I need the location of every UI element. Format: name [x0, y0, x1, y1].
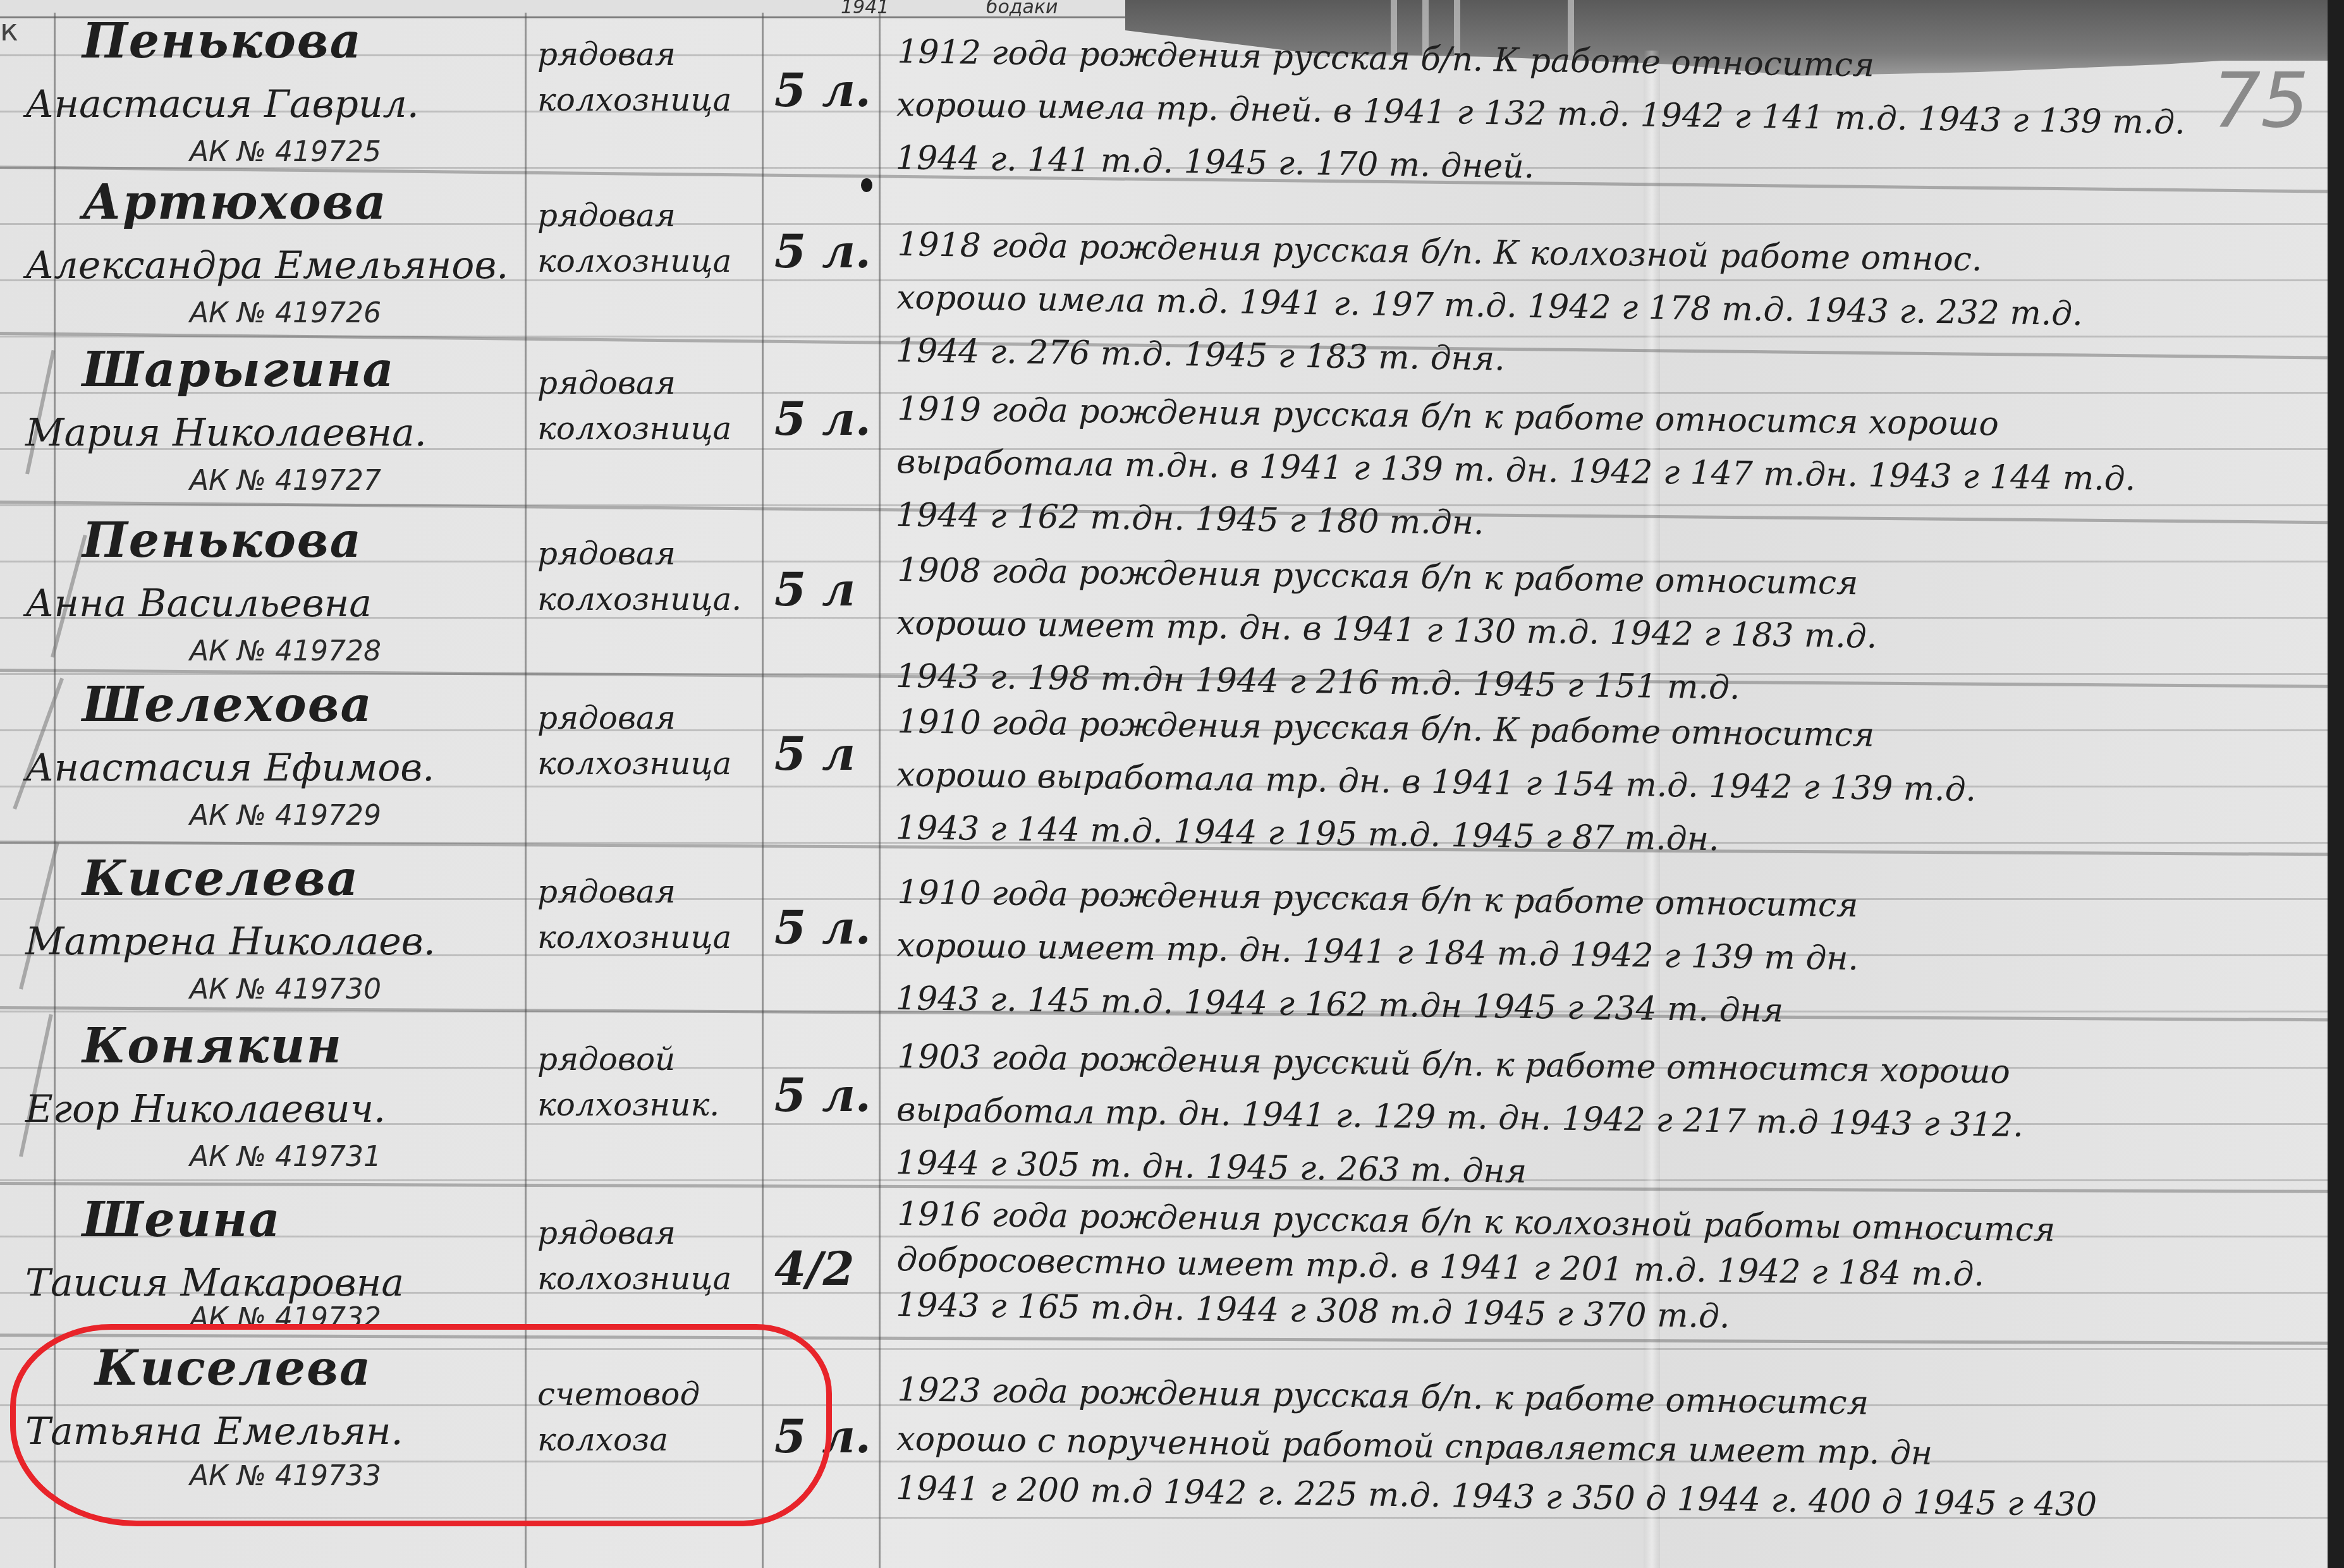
education-grade: 5 л.: [774, 224, 871, 278]
position-line: колхозница: [537, 1256, 752, 1301]
ledger-entry: Шеина Таисия Макаровна АК № 419732 рядов…: [0, 1185, 2328, 1334]
position-line: рядовая: [537, 32, 752, 77]
position-line: рядовая: [537, 531, 752, 576]
surname: Киселева: [82, 850, 359, 906]
position: рядовая колхозница.: [537, 531, 752, 622]
position-line: рядовая: [537, 869, 752, 915]
position-line: колхозница: [537, 915, 752, 960]
ledger-page: 1941 бодаки 75 к Пенькова Анастасия Гавр…: [0, 0, 2344, 1568]
education-grade: 4/2: [774, 1242, 855, 1296]
position-line: колхозница: [537, 406, 752, 451]
position-line: рядовая: [537, 360, 752, 406]
position-line: колхозница: [537, 77, 752, 123]
given-names: Мария Николаевна.: [25, 411, 427, 455]
ledger-entry: Артюхова Александра Емельянов. АК № 4197…: [0, 167, 2328, 332]
id-number: АК № 419727: [190, 465, 381, 497]
education-grade: 5 л.: [774, 1068, 871, 1122]
position: рядовая колхозница: [537, 32, 752, 123]
given-names: Александра Емельянов.: [25, 243, 508, 288]
ledger-entry: Киселева Матрена Николаев. АК № 419730 р…: [0, 844, 2328, 1005]
characteristic: 1903 года рождения русский б/п. к работе…: [895, 1030, 2319, 1209]
page-right-edge: [2328, 0, 2344, 1568]
position-line: рядовой: [537, 1036, 752, 1082]
position-line: колхозник.: [537, 1082, 752, 1127]
education-grade: 5 л: [774, 562, 855, 616]
surname: Шелехова: [82, 676, 373, 732]
given-names: Анастасия Ефимов.: [25, 746, 434, 790]
position: рядовой колхозник.: [537, 1036, 752, 1127]
ledger-entry: Шарыгина Мария Николаевна. АК № 419727 р…: [0, 335, 2328, 499]
id-number: АК № 419729: [190, 799, 381, 832]
id-number: АК № 419728: [190, 635, 381, 667]
given-names: Анна Васильевна: [25, 581, 372, 626]
ledger-entry: Шелехова Анастасия Ефимов. АК № 419729 р…: [0, 670, 2328, 837]
education-grade: 5 л.: [774, 392, 871, 446]
surname: Конякин: [82, 1018, 343, 1074]
check-mark-icon: [19, 841, 59, 989]
position-line: колхозница.: [537, 576, 752, 622]
given-names: Матрена Николаев.: [25, 920, 436, 964]
position-line: рядовая: [537, 1210, 752, 1256]
ledger-entry: Пенькова Анастасия Гаврил. АК № 419725 р…: [0, 6, 2328, 164]
position: рядовая колхозница: [537, 695, 752, 786]
characteristic: 1916 года рождения русская б/п к колхозн…: [896, 1191, 2320, 1347]
check-mark-icon: [19, 1014, 53, 1157]
education-grade: 5 л.: [774, 63, 871, 117]
position: рядовая колхозница: [537, 360, 752, 451]
id-number: АК № 419731: [190, 1141, 381, 1173]
position-line: колхозница: [537, 238, 752, 284]
position: рядовая колхозница: [537, 869, 752, 960]
position-line: рядовая: [537, 193, 752, 238]
education-grade: 5 л: [774, 727, 855, 781]
surname: Шеина: [82, 1191, 281, 1248]
id-number: АК № 419730: [190, 973, 381, 1006]
position: рядовая колхозница: [537, 1210, 752, 1301]
position: рядовая колхозница: [537, 193, 752, 284]
surname: Артюхова: [82, 174, 388, 230]
position-line: колхозница: [537, 741, 752, 786]
characteristic: 1923 года рождения русская б/п. к работе…: [896, 1365, 2320, 1533]
given-names: Таисия Макаровна: [25, 1261, 404, 1305]
given-names: Анастасия Гаврил.: [25, 82, 419, 126]
given-names: Егор Николаевич.: [25, 1087, 386, 1131]
position-line: рядовая: [537, 695, 752, 741]
ledger-entry: Пенькова Анна Васильевна АК № 419728 ряд…: [0, 506, 2328, 667]
id-number: АК № 419726: [190, 297, 381, 329]
id-number: АК № 419725: [190, 136, 381, 168]
surname: Шарыгина: [82, 341, 395, 398]
ledger-entry: Конякин Егор Николаевич. АК № 419731 ряд…: [0, 1011, 2328, 1179]
surname: Пенькова: [82, 512, 362, 568]
education-grade: 5 л.: [774, 901, 871, 954]
surname: Пенькова: [82, 13, 362, 69]
red-highlight-ellipse: [10, 1324, 832, 1526]
